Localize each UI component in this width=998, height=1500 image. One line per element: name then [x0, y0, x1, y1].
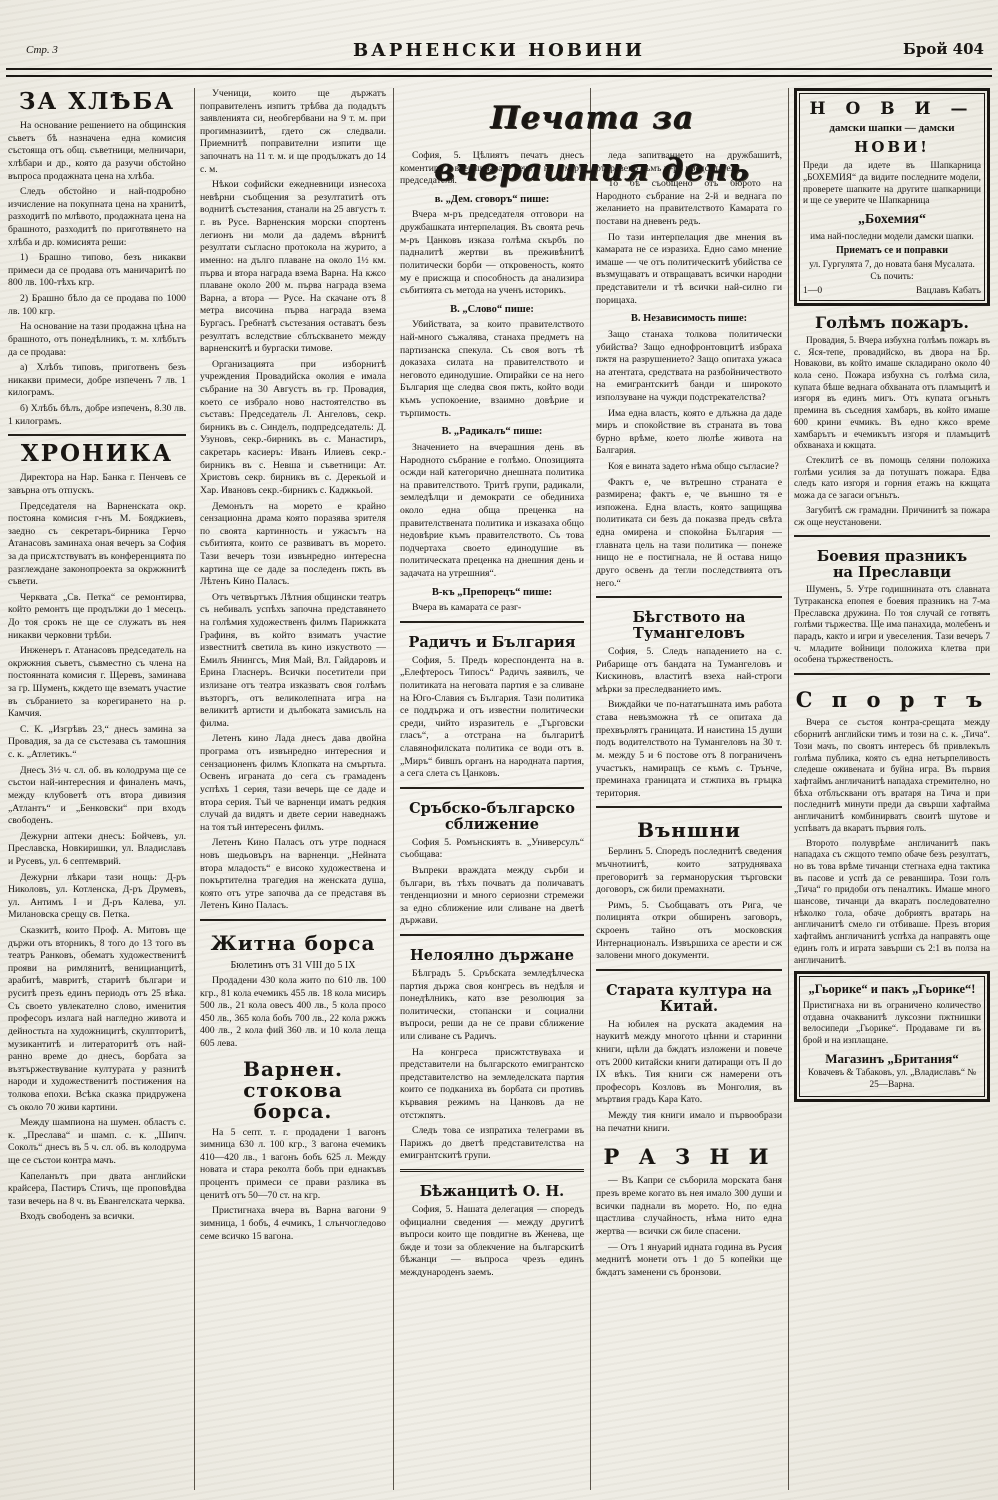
paragraph: Директора на Нар. Банка г. Пенчевъ се за… [8, 472, 186, 497]
column-5: Н О В И — дамски шапки — дамски НОВИ! Пр… [794, 88, 990, 1490]
press-quote-heading: В. „Слово“ пише: [400, 303, 584, 317]
ad-signature-left: 1—0 [803, 285, 822, 297]
section-stock-market: Варнен. стокова борса. На 5 септ. т. г. … [200, 1059, 386, 1243]
section-body: Берлинъ 5. Споредъ последнитѣ сведения м… [596, 846, 782, 962]
article-big-fire: Голѣмъ пожаръ. Провадия, 5. Вчера избухн… [794, 314, 990, 529]
paragraph: Продадени 430 кола жито по 610 лв. 100 к… [200, 975, 386, 1051]
paragraph: София, 5. Нашата делегация — споредъ офи… [400, 1204, 584, 1280]
paragraph: Загубитѣ сж грамадни. Причинитѣ за пожар… [794, 506, 990, 529]
article-title: Нелоялно държане [400, 948, 584, 964]
article-body: Шуменъ, 5. Утре годишнината отъ славната… [794, 585, 990, 667]
paragraph: Берлинъ 5. Споредъ последнитѣ сведения м… [596, 846, 782, 896]
press-review-right: леда запитванието на дружбашитѣ, отправе… [596, 150, 782, 590]
paragraph: б) Хлѣбъ бѣлъ, добре изпеченъ, 8.30 лв. … [8, 403, 186, 428]
paragraph: То бѣ съобщено отъ бюрото на Народното с… [596, 178, 782, 228]
article-tumangelov-escape: Бѣгството на Тумангеловъ София, 5. Следъ… [596, 596, 782, 800]
section-miscellaneous: Р А З Н И — Въ Капри се съборила морскат… [596, 1143, 782, 1279]
paragraph: Капеланътъ при двата английски крайсера,… [8, 1171, 186, 1209]
article-body: На основание решението на общинския съве… [8, 120, 186, 428]
article-body: Ученици, които ще държатъ поправителенъ … [200, 88, 386, 913]
paragraph: Стеклитѣ се въ помощь селяни положиха го… [794, 456, 990, 503]
column-rule-3 [590, 88, 591, 1490]
paragraph: Дежурни аптеки днесъ: Бойчевъ, ул. Пресл… [8, 831, 186, 869]
ad-subline: дамски шапки — дамски [803, 122, 981, 136]
paragraph: Значението на вчерашния день въ Народнот… [400, 442, 584, 581]
article-title: Бѣгството на Тумангеловъ [596, 610, 782, 642]
article-title: Бѣжанцитѣ О. Н. [400, 1184, 584, 1200]
paragraph: Черквата „Св. Петка“ се ремонтирва, койт… [8, 592, 186, 642]
article-body: Бѣлградъ 5. Сръбската земледѣлческа парт… [400, 968, 584, 1163]
ad-headline: „Гьорике“ и пакъ „Гьорике“! [803, 982, 981, 998]
section-grain-market: Житна борса Бюлетинъ отъ 31 VIII до 5 IX… [200, 919, 386, 1051]
paragraph: Шуменъ, 5. Утре годишнината отъ славната… [794, 585, 990, 667]
paragraph: На основание решението на общинския съве… [8, 120, 186, 183]
paragraph: София, 5. Следъ нападението на с. Рибари… [596, 646, 782, 696]
paragraph: Отъ четвъртъкъ Лѣтния общински театръ съ… [200, 592, 386, 731]
column-1: ЗА ХЛѢБА На основание решението на общин… [8, 88, 186, 1490]
paragraph: Ученици, които ще държатъ поправителенъ … [200, 88, 386, 176]
press-review-headline: Печата за вчерашния день [398, 92, 786, 146]
section-body: Директора на Нар. Банка г. Пенчевъ се за… [8, 472, 186, 1224]
paragraph: Инженеръ г. Атанасовъ председатель на ок… [8, 645, 186, 721]
section-body: — Въ Капри се съборила морската баня пре… [596, 1175, 782, 1279]
section-chronicle: ХРОНИКА Директора на Нар. Банка г. Пенче… [8, 434, 186, 1224]
section-body: Вчера се състоя контра-срещата между сбо… [794, 718, 990, 967]
paragraph: Сказкитѣ, които Проф. А. Митовъ ще държи… [8, 925, 186, 1114]
column-rule-2 [393, 88, 394, 1490]
article-china-culture: Старата култура на Китай. На юбилея на р… [596, 969, 782, 1135]
article-title: Радичъ и България [400, 635, 584, 651]
paragraph: Римъ, 5. Съобщаватъ отъ Рига, че полиция… [596, 900, 782, 963]
article-title-line1: Боевия празникъ [794, 549, 990, 565]
bicycle-advertisement: „Гьорике“ и пакъ „Гьорике“! Пристигнаха … [794, 971, 990, 1101]
article-title: ЗА ХЛѢБА [8, 90, 186, 114]
article-title: Голѣмъ пожаръ. [794, 314, 990, 332]
article-body: София 5. Ромънскиятъ в. „Универсулъ“ съо… [400, 837, 584, 928]
ad-signature-right: Вацлавъ Кабатъ [916, 285, 981, 297]
article-body: София, 5. Нашата делегация — споредъ офи… [400, 1204, 584, 1280]
paragraph: — Въ Капри се съборила морската баня пре… [596, 1175, 782, 1238]
paragraph: Летенъ Кино Паласъ отъ утре поднася новъ… [200, 837, 386, 913]
ad-note-repairs: Приематъ се и поправки [803, 245, 981, 258]
paragraph: С. К. „Изгрѣвъ 23,“ днесъ замина за Пров… [8, 724, 186, 762]
article-title: Сръбско-българско сближение [400, 801, 584, 833]
ad-note: има най-последни модели дамски шапки. [803, 232, 981, 244]
issue-number: Брой 404 [903, 40, 984, 58]
paragraph: Следъ това се изпратиха телеграми въ Пар… [400, 1125, 584, 1163]
paragraph: Защо станаха толкова политически убийств… [596, 329, 782, 405]
article-bread-prices: ЗА ХЛѢБА На основание решението на общин… [8, 90, 186, 428]
article-body: Провадия, 5. Вчера избухна голѣмъ пожаръ… [794, 336, 990, 529]
article-refugees: Бѣжанцитѣ О. Н. София, 5. Нашата делегац… [400, 1169, 584, 1280]
article-radic-bulgaria: Радичъ и България София, 5. Предъ коресп… [400, 621, 584, 781]
paragraph: Демонътъ на морето е крайно сензационна … [200, 501, 386, 589]
section-title: Варнен. стокова борса. [200, 1059, 386, 1122]
paragraph: На основание на тази продажна цѣна на бр… [8, 321, 186, 359]
section-subtitle: Бюлетинъ отъ 31 VIII до 5 IX [200, 959, 386, 972]
ad-address: ул. Гургулята 7, до новата баня Мусалата… [803, 260, 981, 283]
section-title: Житна борса [200, 933, 386, 954]
newspaper-page: Стр. 3 ВАРНЕНСКИ НОВИНИ Брой 404 ЗА ХЛѢБ… [0, 0, 998, 1500]
section-title: С п о р т ъ [794, 687, 990, 713]
ad-body: Преди да идете въ Шапкарница „БОХЕМИЯ“ д… [803, 161, 981, 208]
paragraph: Входъ свободенъ за всички. [8, 1211, 186, 1224]
article-preslav-holiday: Боевия празникъ на Преславци Шуменъ, 5. … [794, 535, 990, 667]
paragraph: Вчера се състоя контра-срещата между сбо… [794, 718, 990, 835]
paragraph: Провадия, 5. Вчера избухна голѣмъ пожаръ… [794, 336, 990, 453]
paragraph: Нѣкои софийски ежедневници изнесоха невѣ… [200, 179, 386, 356]
article-body: София, 5. Следъ нападението на с. Рибари… [596, 646, 782, 800]
press-quote-heading: В-къ „Препорецъ“ пише: [400, 586, 584, 600]
section-title: Външни [596, 820, 782, 841]
paragraph: Второто полуврѣме англичанитѣ пакъ напад… [794, 839, 990, 968]
paragraph: Вчера м-ръ председателя отговори на друж… [400, 209, 584, 297]
ad-store-name: Магазинъ „Британия“ [803, 1051, 981, 1067]
section-body: На 5 септ. т. г. продадени 1 вагонъ зимн… [200, 1127, 386, 1243]
paragraph: Следъ обстойно и най-подробно изчисление… [8, 186, 186, 249]
paragraph: Пристигнаха вчера въ Варна вагони 9 зимн… [200, 1205, 386, 1243]
paragraph: София, 5. Цѣлиятъ печатъ днесъ коментира… [400, 150, 584, 188]
paragraph: Организацията при изборнитѣ учреждения П… [200, 359, 386, 498]
hat-shop-advertisement: Н О В И — дамски шапки — дамски НОВИ! Пр… [794, 88, 990, 306]
press-review-left: София, 5. Цѣлиятъ печатъ днесъ коментира… [400, 150, 584, 615]
press-quote-heading: В. „Радикалъ“ пише: [400, 425, 584, 439]
paragraph: Днесъ 3½ ч. сл. об. въ колодрума ще се с… [8, 765, 186, 828]
press-quote-heading: в. „Дем. сговоръ“ пише: [400, 193, 584, 207]
article-title-line2: на Преславци [794, 565, 990, 581]
column-2: Ученици, които ще държатъ поправителенъ … [200, 88, 386, 1490]
paragraph: Летенъ кино Лада днесъ дава двойна прогр… [200, 733, 386, 834]
paragraph: — Отъ 1 януарий идната година въ Русия м… [596, 1242, 782, 1280]
paragraph: Бѣлградъ 5. Сръбската земледѣлческа парт… [400, 968, 584, 1044]
article-serb-bulgarian: Сръбско-българско сближение София 5. Ром… [400, 787, 584, 928]
paragraph: леда запитванието на дружбашитѣ, отправе… [596, 150, 782, 175]
paragraph: По тази интерпелация две мнения въ камар… [596, 232, 782, 308]
paragraph: Вчера въ камарата се разг- [400, 602, 584, 615]
paragraph: Виждайки че по-нататъшната имъ работа ст… [596, 699, 782, 800]
section-title: Р А З Н И [596, 1143, 782, 1170]
article-title: Старата култура на Китай. [596, 983, 782, 1015]
ad-body: Пристигнаха ни въ ограничено количество … [803, 1001, 981, 1048]
page-header: Стр. 3 ВАРНЕНСКИ НОВИНИ Брой 404 [8, 36, 990, 66]
ad-signature: 1—0 Вацлавъ Кабатъ [803, 285, 981, 297]
paragraph: Председателя на Варненската окр. постоян… [8, 501, 186, 589]
paragraph: Фактъ е, че вътрешно страната е размирен… [596, 477, 782, 590]
column-rule-4 [788, 88, 789, 1490]
section-foreign-news: Външни Берлинъ 5. Споредъ последнитѣ све… [596, 806, 782, 962]
paragraph: 2) Брашно бѣло да се продава по 1000 лв.… [8, 293, 186, 318]
masthead-title: ВАРНЕНСКИ НОВИНИ [8, 40, 990, 61]
paragraph: 1) Брашно типово, безъ никакви примеси д… [8, 252, 186, 290]
column-4: леда запитванието на дружбашитѣ, отправе… [596, 150, 782, 1490]
paragraph: Между тия книги имало и първообрази на п… [596, 1110, 782, 1135]
paragraph: Дежурни лѣкари тази нощь: Д-ръ Николовъ,… [8, 872, 186, 922]
section-title: ХРОНИКА [8, 442, 186, 466]
paragraph: Коя е вината задето нѣма общо съгласие? [596, 461, 782, 474]
paragraph: На 5 септ. т. г. продадени 1 вагонъ зимн… [200, 1127, 386, 1203]
paragraph: Въпреки враждата между сърби и българи, … [400, 865, 584, 928]
paragraph: На конгреса присжтствуваха и представите… [400, 1047, 584, 1123]
column-3: София, 5. Цѣлиятъ печатъ днесъ коментира… [400, 150, 584, 1490]
section-body: Продадени 430 кола жито по 610 лв. 100 к… [200, 975, 386, 1051]
ad-headline-2: НОВИ! [803, 138, 981, 157]
paragraph: Убийствата, за които правителството най-… [400, 319, 584, 420]
column-rule-1 [194, 88, 195, 1490]
article-body: София, 5. Предъ кореспондента на в. „Еле… [400, 655, 584, 781]
paragraph: София, 5. Предъ кореспондента на в. „Еле… [400, 655, 584, 781]
section-sport: С п о р т ъ Вчера се състоя контра-среща… [794, 673, 990, 967]
paragraph: а) Хлѣбъ типовъ, приготвенъ безъ никакви… [8, 362, 186, 400]
ad-brand-name: „Бохемия“ [803, 211, 981, 229]
paragraph: На юбилея на руската академия на наукитѣ… [596, 1019, 782, 1107]
ad-address: Ковачевъ & Табаковъ, ул. „Владиславъ“ № … [803, 1068, 981, 1091]
paragraph: Има една власть, която е длъжна да даде … [596, 408, 782, 458]
article-city-news: Ученици, които ще държатъ поправителенъ … [200, 88, 386, 913]
ad-headline: Н О В И — [803, 99, 981, 120]
header-rule [6, 68, 992, 77]
paragraph: Между шампиона на шумен. областъ с. к. „… [8, 1117, 186, 1167]
article-body: На юбилея на руската академия на наукитѣ… [596, 1019, 782, 1135]
paragraph: София 5. Ромънскиятъ в. „Универсулъ“ съо… [400, 837, 584, 862]
press-quote-heading: В. Независимость пише: [596, 312, 782, 326]
article-disloyal-conduct: Нелоялно държане Бѣлградъ 5. Сръбската з… [400, 934, 584, 1163]
